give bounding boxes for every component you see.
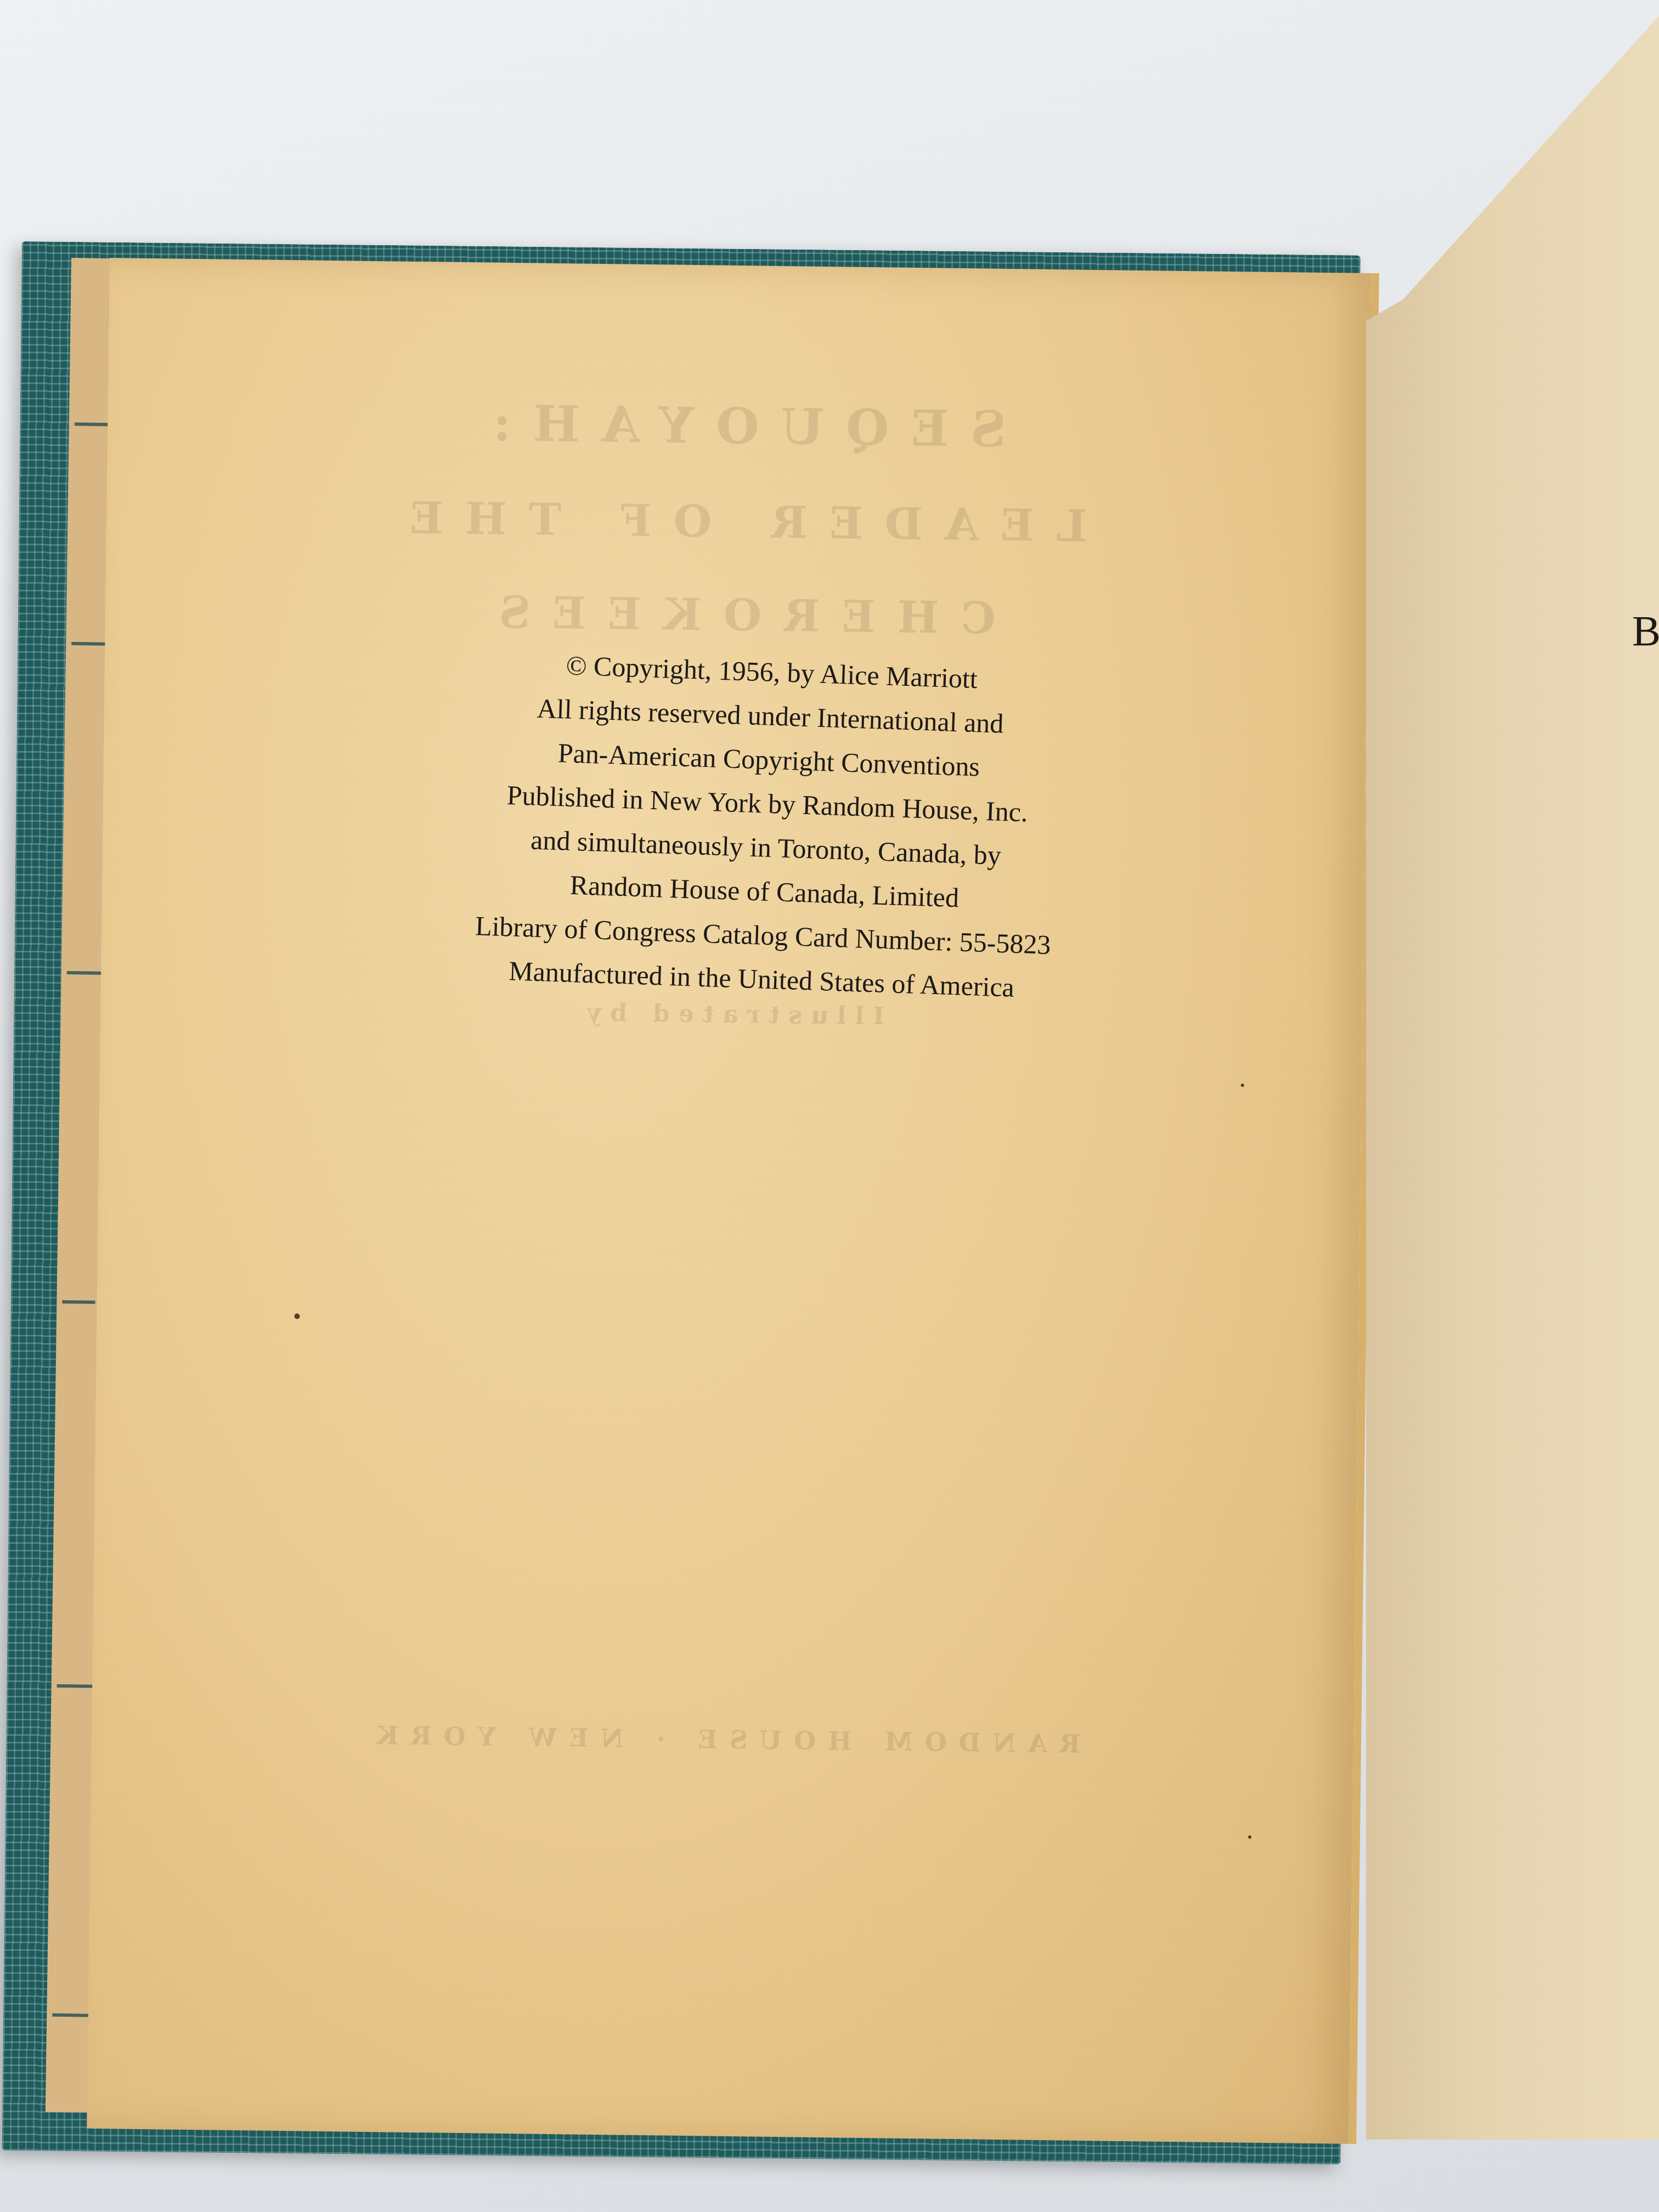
copyright-notice: © Copyright, 1956, by Alice Marriott All…: [404, 638, 1129, 1013]
show-through-subtitle: LEADER OF THE: [106, 488, 1369, 555]
show-through-publisher: RANDOM HOUSE · NEW YORK: [92, 1717, 1353, 1762]
paper-speck: [294, 1313, 300, 1319]
endpaper-illustration-icon: [62, 1300, 95, 1304]
facing-page-text: B: [1632, 606, 1659, 656]
endpaper-illustration-icon: [71, 642, 110, 646]
photo-scene: SEQUOYAH: LEADER OF THE CHEROKEES Illust…: [0, 0, 1659, 2212]
paper-speck: [1248, 1836, 1251, 1839]
endpaper-illustration-icon: [52, 2013, 93, 2017]
show-through-title: SEQUOYAH:: [108, 390, 1370, 463]
facing-page: [1366, 0, 1659, 2140]
show-through-subtitle-2: CHEROKEES: [105, 582, 1368, 648]
copyright-page: SEQUOYAH: LEADER OF THE CHEROKEES Illust…: [87, 258, 1379, 2144]
paper-speck: [1241, 1084, 1244, 1087]
